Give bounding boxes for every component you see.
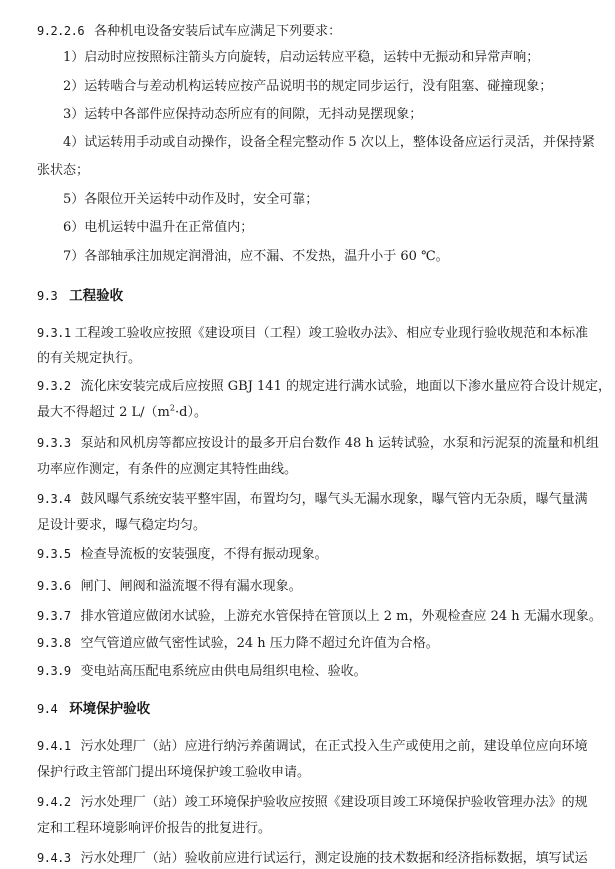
- clause-text: 排水管道应做闭水试验，上游充水管保持在管顶以上 2 m，外观检查应 24 h 无…: [81, 609, 602, 624]
- clause-text: 污水处理厂（站）应进行纳污养菌调试，在正式投入生产或使用之前，建设单位应向环境: [81, 739, 588, 754]
- list-label: 6）: [63, 220, 84, 235]
- clause-9-3-8: 9.3.8空气管道应做气密性试验，24 h 压力降不超过允许值为合格。: [37, 635, 585, 652]
- clause-9-3-6: 9.3.6闸门、闸阀和溢流堰不得有漏水现象。: [37, 578, 585, 595]
- section-title: 环境保护验收: [69, 701, 150, 717]
- clause-number: 9.3.4: [37, 492, 71, 506]
- list-text: 运转啮合与差动机构运转应按产品说明书的规定同步运行，没有阻塞、碰撞现象；: [84, 79, 552, 94]
- clause-number: 9.3.2: [37, 379, 71, 393]
- clause-9-3-1: 9.3.1工程竣工验收应按照《建设项目（工程）竣工验收办法》、相应专业现行验收规…: [37, 325, 585, 342]
- list-item-4-continuation: 张状态；: [37, 163, 585, 179]
- clause-9-4-1: 9.4.1污水处理厂（站）应进行纳污养菌调试，在正式投入生产或使用之前，建设单位…: [37, 738, 585, 755]
- list-label: 1）: [63, 50, 84, 65]
- list-text: 各限位开关运转中动作及时，安全可靠；: [84, 192, 318, 207]
- list-item-2: 2）运转啮合与差动机构运转应按产品说明书的规定同步运行，没有阻塞、碰撞现象；: [63, 79, 585, 95]
- list-item-3: 3）运转中各部件应保持动态所应有的间隙，无抖动晃摆现象；: [63, 107, 585, 123]
- document-page: 9.2.2.6各种机电设备安装后试车应满足下列要求： 1）启动时应按照标注箭头方…: [0, 0, 615, 869]
- clause-number: 9.3.3: [37, 436, 71, 450]
- clause-9-4-2: 9.4.2污水处理厂（站）竣工环境保护验收应按照《建设项目竣工环境保护验收管理办…: [37, 794, 585, 811]
- clause-9-3-3-continuation: 功率应作测定，有条件的应测定其特性曲线。: [37, 462, 585, 478]
- clause-text: 变电站高压配电系统应由供电局组织电检、验收。: [81, 664, 367, 679]
- clause-number: 9.2.2.6: [37, 24, 84, 38]
- list-label: 2）: [63, 79, 84, 94]
- clause-text: 工程竣工验收应按照《建设项目（工程）竣工验收办法》、相应专业现行验收规范和本标准: [75, 326, 589, 341]
- clause-number: 9.3.1: [37, 326, 71, 340]
- clause-number: 9.3.6: [37, 579, 71, 593]
- clause-number: 9.3.9: [37, 664, 71, 678]
- clause-9-3-2: 9.3.2流化床安装完成后应按照 GBJ 141 的规定进行满水试验，地面以下渗…: [37, 378, 585, 395]
- clause-9-4-2-continuation: 定和工程环境影响评价报告的批复进行。: [37, 821, 585, 837]
- list-text: 运转中各部件应保持动态所应有的间隙，无抖动晃摆现象；: [84, 107, 422, 122]
- clause-text: 各种机电设备安装后试车应满足下列要求：: [94, 24, 341, 39]
- clause-text: 污水处理厂（站）竣工环境保护验收应按照《建设项目竣工环境保护验收管理办法》的规: [81, 795, 588, 810]
- list-item-1: 1）启动时应按照标注箭头方向旋转，启动运转应平稳，运转中无振动和异常声响；: [63, 50, 585, 66]
- list-text: 电机运转中温升在正常值内；: [84, 220, 253, 235]
- section-heading-9-4: 9.4环境保护验收: [37, 701, 150, 717]
- list-label: 4）: [63, 135, 84, 150]
- clause-9-3-5: 9.3.5检查导流板的安装强度，不得有振动现象。: [37, 546, 585, 563]
- clause-number: 9.4.2: [37, 795, 71, 809]
- list-label: 7）: [63, 249, 84, 264]
- clause-9-3-3: 9.3.3泵站和风机房等都应按设计的最多开启台数作 48 h 运转试验，水泵和污…: [37, 435, 585, 452]
- list-label: 3）: [63, 107, 84, 122]
- clause-number: 9.4.1: [37, 739, 71, 753]
- clause-text: 污水处理厂（站）验收前应进行试运行，测定设施的技术数据和经济指标数据，填写试运: [81, 851, 588, 866]
- clause-text: 流化床安装完成后应按照 GBJ 141 的规定进行满水试验，地面以下渗水量应符合…: [81, 379, 611, 394]
- clause-text: 闸门、闸阀和溢流堰不得有漏水现象。: [81, 579, 302, 594]
- clause-text: 最大不得超过 2 L/（m: [37, 405, 170, 420]
- clause-9-3-9: 9.3.9变电站高压配电系统应由供电局组织电检、验收。: [37, 663, 585, 680]
- section-number: 9.3: [37, 289, 57, 303]
- list-text: 各部轴承注加规定润滑油，应不漏、不发热，温升小于 60 ℃。: [84, 249, 448, 264]
- clause-text: 空气管道应做气密性试验，24 h 压力降不超过允许值为合格。: [81, 636, 439, 651]
- list-label: 5）: [63, 192, 84, 207]
- section-title: 工程验收: [69, 288, 123, 304]
- clause-9-3-4: 9.3.4鼓风曝气系统安装平整牢固，布置均匀，曝气头无漏水现象，曝气管内无杂质，…: [37, 491, 585, 508]
- clause-9-4-1-continuation: 保护行政主管部门提出环境保护竣工验收申请。: [37, 765, 585, 781]
- clause-number: 9.3.7: [37, 609, 71, 623]
- list-text: 启动时应按照标注箭头方向旋转，启动运转应平稳，运转中无振动和异常声响；: [84, 50, 539, 65]
- clause-9-3-2-continuation: 最大不得超过 2 L/（m2·d）。: [37, 405, 585, 421]
- clause-text: ·d）。: [175, 405, 207, 420]
- clause-text: 鼓风曝气系统安装平整牢固，布置均匀，曝气头无漏水现象，曝气管内无杂质，曝气量满: [81, 492, 588, 507]
- clause-9-3-1-continuation: 的有关规定执行。: [37, 351, 585, 367]
- clause-9-2-2-6: 9.2.2.6各种机电设备安装后试车应满足下列要求：: [37, 23, 585, 40]
- clause-9-3-7: 9.3.7排水管道应做闭水试验，上游充水管保持在管顶以上 2 m，外观检查应 2…: [37, 608, 585, 625]
- section-heading-9-3: 9.3工程验收: [37, 288, 123, 304]
- clause-text: 检查导流板的安装强度，不得有振动现象。: [81, 547, 328, 562]
- list-item-5: 5）各限位开关运转中动作及时，安全可靠；: [63, 192, 585, 208]
- clause-9-3-4-continuation: 足设计要求，曝气稳定均匀。: [37, 518, 585, 534]
- list-item-6: 6）电机运转中温升在正常值内；: [63, 220, 585, 236]
- clause-number: 9.4.3: [37, 851, 71, 865]
- section-number: 9.4: [37, 702, 57, 716]
- clause-text: 泵站和风机房等都应按设计的最多开启台数作 48 h 运转试验，水泵和污泥泵的流量…: [81, 436, 599, 451]
- clause-number: 9.3.5: [37, 547, 71, 561]
- clause-number: 9.3.8: [37, 636, 71, 650]
- clause-9-4-3: 9.4.3污水处理厂（站）验收前应进行试运行，测定设施的技术数据和经济指标数据，…: [37, 850, 585, 867]
- list-item-4: 4）试运转用手动或自动操作，设备全程完整动作 5 次以上，整体设备应运行灵活，并…: [63, 135, 585, 151]
- list-text: 试运转用手动或自动操作，设备全程完整动作 5 次以上，整体设备应运行灵活，并保持…: [84, 135, 595, 150]
- list-item-7: 7）各部轴承注加规定润滑油，应不漏、不发热，温升小于 60 ℃。: [63, 249, 585, 265]
